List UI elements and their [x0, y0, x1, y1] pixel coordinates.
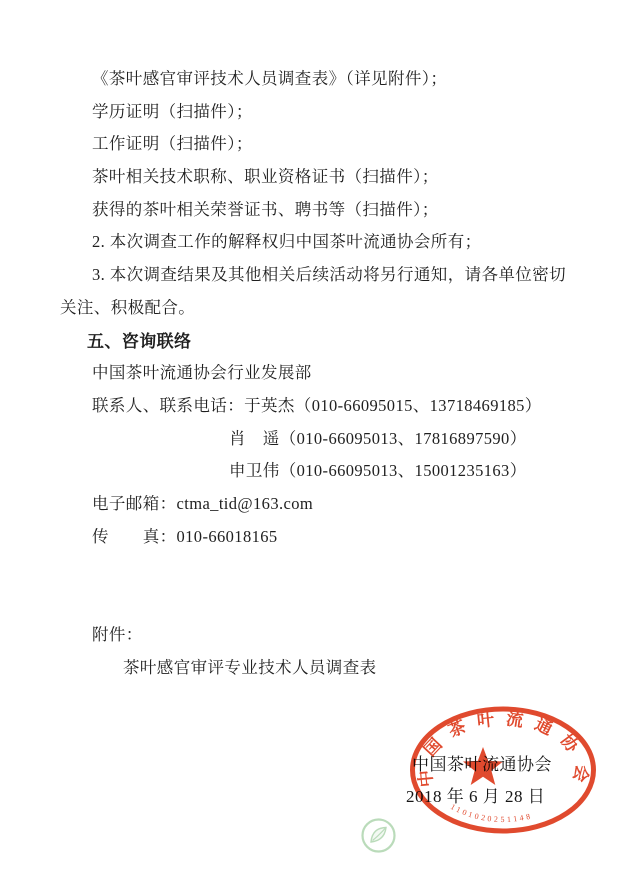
- seal-serial: 1101020251148: [449, 802, 534, 824]
- section-heading-5: 五、咨询联络: [87, 330, 191, 354]
- fax-line: 传 真：010-66018165: [92, 525, 278, 549]
- email-value: ctma_tid@163.com: [177, 494, 314, 513]
- attachment-list-item: 获得的茶叶相关荣誉证书、聘书等（扫描件）；: [92, 198, 439, 222]
- fax-label: 传 真：: [92, 527, 177, 546]
- document-page: 《茶叶感官审评技术人员调查表》（详见附件）； 学历证明（扫描件）； 工作证明（扫…: [0, 0, 617, 879]
- star-icon: [463, 747, 503, 785]
- numbered-item-3-line2: 关注、积极配合。: [60, 296, 195, 320]
- email-label: 电子邮箱：: [92, 494, 177, 513]
- contact-person-3: 申卫伟（010-66095013、15001235163）: [229, 459, 527, 483]
- official-seal: 中国茶叶流通协会 1101020251148: [406, 703, 600, 839]
- attachment-list-item: 工作证明（扫描件）；: [92, 132, 253, 156]
- contact-line-1: 联系人、联系电话：于英杰（010-66095015、13718469185）: [92, 394, 542, 418]
- fax-value: 010-66018165: [177, 527, 278, 546]
- attachment-label: 附件：: [92, 623, 143, 647]
- attachment-list-item: 《茶叶感官审评技术人员调查表》（详见附件）；: [92, 67, 447, 91]
- contact-person-1: 于英杰（010-66095015、13718469185）: [244, 396, 542, 415]
- svg-text:1101020251148: 1101020251148: [449, 802, 534, 824]
- svg-text:中国茶叶流通协会: 中国茶叶流通协会: [414, 708, 593, 795]
- numbered-item-2: 2. 本次调查工作的解释权归中国茶叶流通协会所有；: [92, 230, 482, 254]
- contact-person-2: 肖 遥（010-66095013、17816897590）: [229, 427, 527, 451]
- contact-department: 中国茶叶流通协会行业发展部: [92, 361, 312, 385]
- seal-arc-text: 中国茶叶流通协会: [414, 708, 593, 795]
- attachment-list-item: 学历证明（扫描件）；: [92, 100, 253, 124]
- numbered-item-3-line1: 3. 本次调查结果及其他相关后续活动将另行通知，请各单位密切: [92, 263, 566, 287]
- attachment-list-item: 茶叶相关技术职称、职业资格证书（扫描件）；: [92, 165, 439, 189]
- email-line: 电子邮箱：ctma_tid@163.com: [92, 492, 313, 516]
- attachment-title: 茶叶感官审评专业技术人员调查表: [123, 656, 377, 680]
- leaf-logo-watermark: [360, 817, 397, 854]
- contacts-label: 联系人、联系电话：: [92, 396, 244, 415]
